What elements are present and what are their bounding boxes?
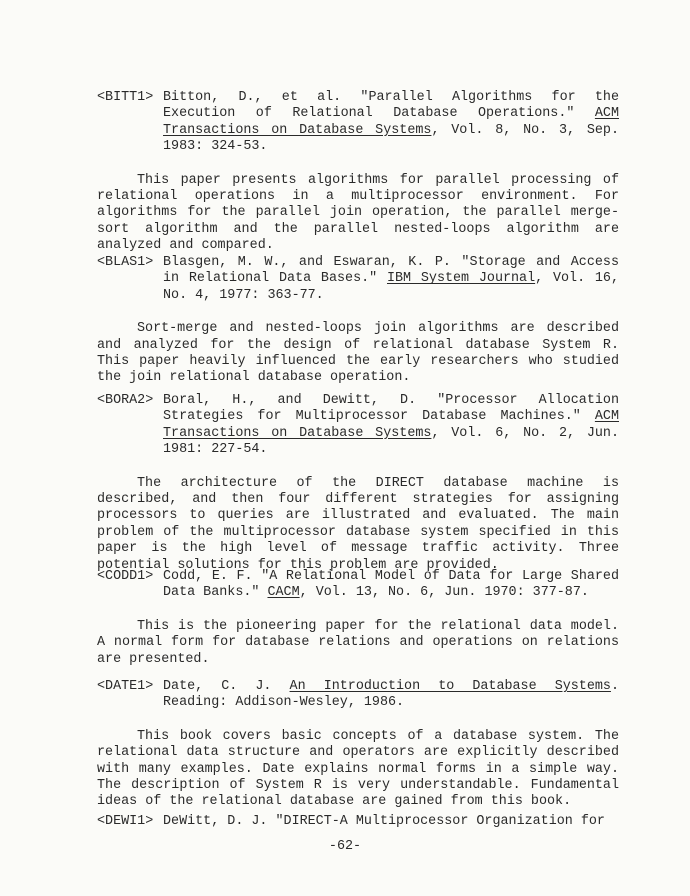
citation: <DATE1>Date, C. J. An Introduction to Da… <box>97 679 619 712</box>
citation-key: <CODD1> <box>97 569 163 585</box>
annotation: This is the pioneering paper for the rel… <box>97 619 619 668</box>
annotation: This paper presents algorithms for paral… <box>97 173 619 255</box>
citation-venue: CACM <box>267 585 299 600</box>
citation-key: <BORA2> <box>97 393 163 409</box>
citation-key: <BITT1> <box>97 90 163 106</box>
citation: <BORA2>Boral, H., and Dewitt, D. "Proces… <box>97 393 619 459</box>
citation-key: <DATE1> <box>97 679 163 695</box>
citation: <DEWI1>DeWitt, D. J. "DIRECT-A Multiproc… <box>97 814 619 830</box>
citation-key: <DEWI1> <box>97 814 163 830</box>
bib-entry-blas1: <BLAS1>Blasgen, M. W., and Eswaran, K. P… <box>97 255 619 387</box>
annotation: Sort-merge and nested-loops join algorit… <box>97 321 619 387</box>
citation-venue: IBM System Journal <box>387 271 535 286</box>
bib-entry-codd1: <CODD1>Codd, E. F. "A Relational Model o… <box>97 569 619 668</box>
page-number: -62- <box>0 839 690 854</box>
citation-venue: An Introduction to Database Systems <box>290 679 611 694</box>
citation-text: Boral, H., and Dewitt, D. "Processor All… <box>163 393 619 424</box>
citation: <BLAS1>Blasgen, M. W., and Eswaran, K. P… <box>97 255 619 304</box>
citation-key: <BLAS1> <box>97 255 163 271</box>
bib-entry-bora2: <BORA2>Boral, H., and Dewitt, D. "Proces… <box>97 393 619 574</box>
bib-entry-dewi1: <DEWI1>DeWitt, D. J. "DIRECT-A Multiproc… <box>97 814 619 830</box>
citation: <BITT1>Bitton, D., et al. "Parallel Algo… <box>97 90 619 156</box>
bib-entry-bitt1: <BITT1>Bitton, D., et al. "Parallel Algo… <box>97 90 619 255</box>
citation-details: , Vol. 13, No. 6, Jun. 1970: 377-87. <box>300 585 589 600</box>
bib-entry-date1: <DATE1>Date, C. J. An Introduction to Da… <box>97 679 619 811</box>
annotation: This book covers basic concepts of a dat… <box>97 729 619 811</box>
citation-text: Date, C. J. <box>163 679 290 694</box>
annotation: The architecture of the DIRECT database … <box>97 476 619 574</box>
citation: <CODD1>Codd, E. F. "A Relational Model o… <box>97 569 619 602</box>
citation-text: DeWitt, D. J. "DIRECT-A Multiprocessor O… <box>163 814 605 829</box>
citation-text: Bitton, D., et al. "Parallel Algorithms … <box>163 90 619 121</box>
